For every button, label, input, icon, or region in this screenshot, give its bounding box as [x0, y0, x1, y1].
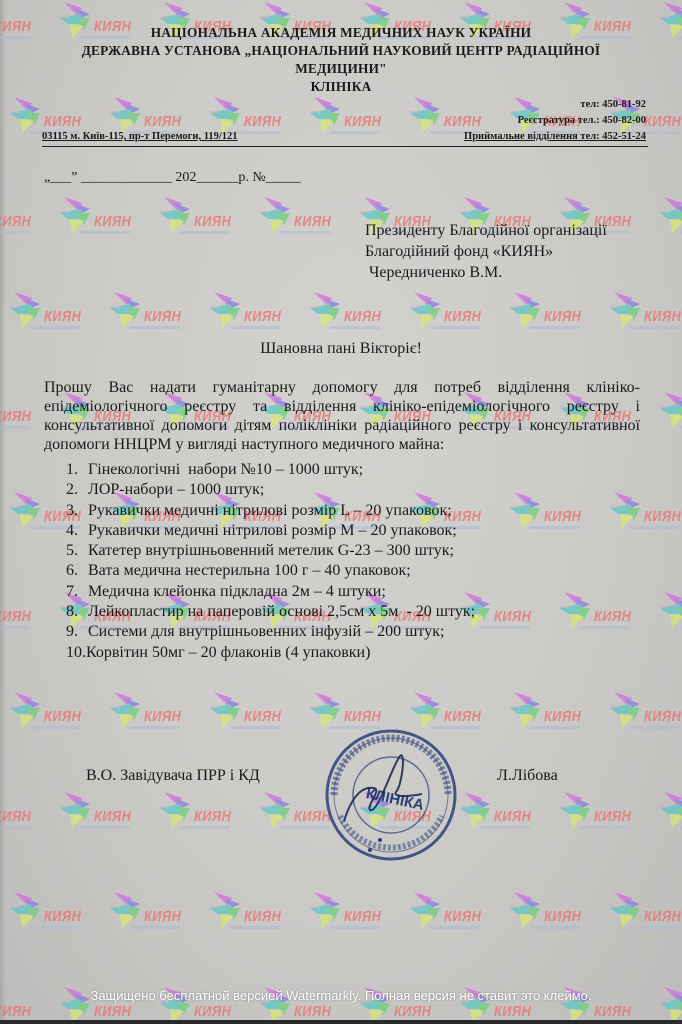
list-item: 2. ЛОР-набори – 1000 штук;	[66, 480, 475, 500]
header-institution-line-cont: МЕДИЦИНИ"	[17, 62, 665, 78]
list-item: 1. Гінекологічні набори №10 – 1000 штук;	[66, 460, 475, 480]
header-clinic-title: КЛІНІКА	[17, 80, 665, 96]
phone-main: тел: 450-81-92	[580, 99, 646, 110]
official-stamp-icon: КЛІНІКА	[322, 726, 460, 864]
recipient-line: Благодійний фонд «КИЯН»	[365, 241, 607, 262]
list-item: 6. Вата медична нестерильна 100 г – 40 у…	[66, 561, 475, 581]
header-org-line: НАЦІОНАЛЬНА АКАДЕМІЯ МЕДИЧНИХ НАУК УКРАЇ…	[17, 26, 665, 42]
greeting: Шановна пані Вікторіє!	[0, 340, 682, 358]
list-item: 10.Корвітин 50мг – 20 флаконів (4 упаков…	[66, 643, 475, 663]
signer-name: Л.Лібова	[497, 767, 558, 785]
list-item: 7. Медична клейонка підкладна 2м – 4 шту…	[66, 582, 475, 602]
phone-admission: Приймальне відділення тел: 452-51-24	[464, 131, 646, 142]
recipient-block: Президенту Благодійної організації Благо…	[365, 220, 607, 283]
address-row: 03115 м. Київ-115, пр-т Перемоги, 119/12…	[42, 130, 648, 147]
address: 03115 м. Київ-115, пр-т Перемоги, 119/12…	[42, 131, 238, 142]
header-institution-line: ДЕРЖАВНА УСТАНОВА „НАЦІОНАЛЬНИЙ НАУКОВИЙ…	[17, 44, 665, 60]
list-item: 5. Катетер внутрішньовенний метелик G-23…	[66, 541, 475, 561]
signer-position: В.О. Завідувача ПРР і КД	[86, 767, 260, 785]
recipient-line: Президенту Благодійної організації	[365, 220, 607, 241]
letter-document: НАЦІОНАЛЬНА АКАДЕМІЯ МЕДИЧНИХ НАУК УКРАЇ…	[0, 0, 682, 1024]
request-paragraph: Прошу Вас надати гуманітарну допомогу дл…	[44, 378, 640, 454]
paper-bottom-edge	[0, 1020, 682, 1024]
watermark-notice: Защищено бесплатной версией Watermarkly.…	[0, 988, 682, 1003]
items-list: 1. Гінекологічні набори №10 – 1000 штук;…	[66, 460, 475, 663]
list-item: 3. Рукавички медичні нітрилові розмір L …	[66, 501, 475, 521]
recipient-line: Чередниченко В.М.	[365, 262, 607, 283]
date-number-line: „___” _____________ 202______р. №_____	[44, 170, 301, 186]
list-item: 8. Лейкопластир на паперовій основі 2,5с…	[66, 602, 475, 622]
phone-registry: Реєстратура тел.: 450-82-00	[518, 115, 646, 126]
list-item: 4. Рукавички медичні нітрилові розмір М …	[66, 521, 475, 541]
list-item: 9. Системи для внутрішньовенних інфузій …	[66, 622, 475, 642]
